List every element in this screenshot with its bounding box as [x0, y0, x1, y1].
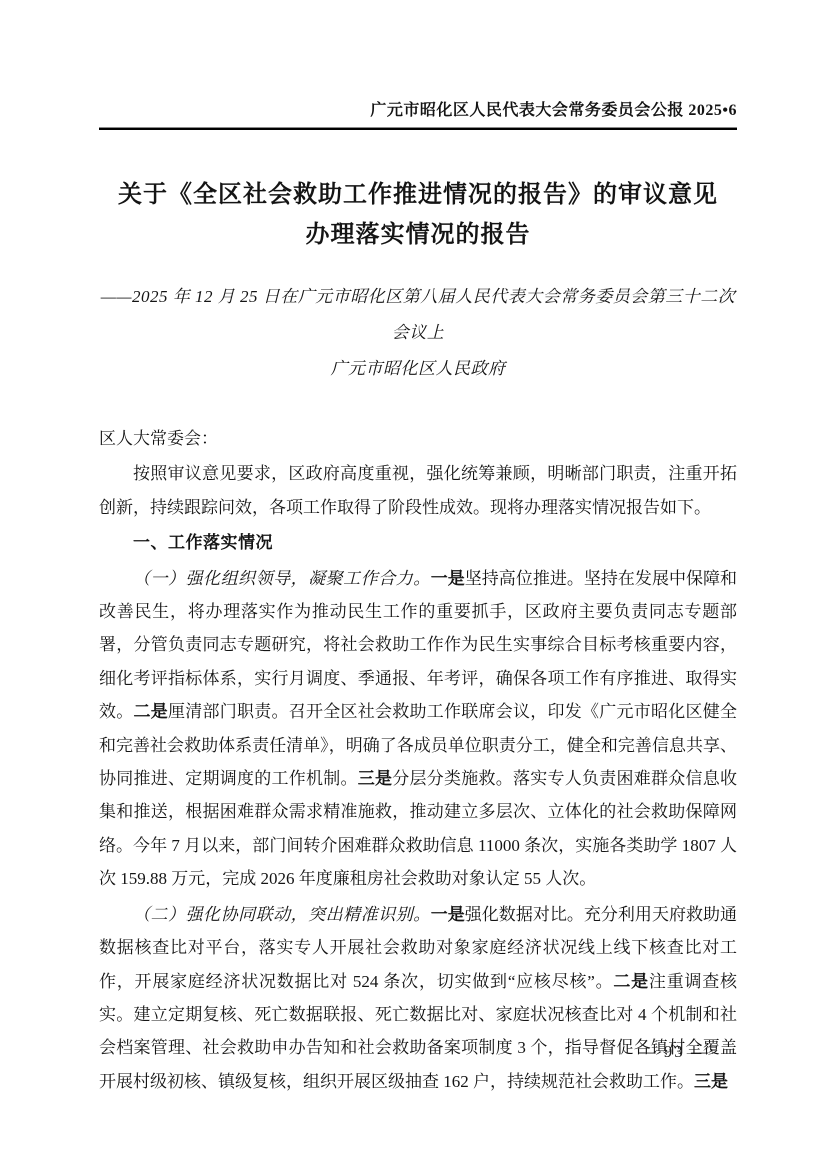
page-number: — 93 —: [639, 1042, 711, 1062]
paragraph: 一、工作落实情况: [99, 526, 737, 559]
header-rule: [99, 127, 737, 130]
text-segment-bold: 三是: [694, 1072, 728, 1091]
text-segment-normal: 坚持高位推进。坚持在发展中保障和改善民生，将办理落实作为推动民生工作的重要抓手，…: [99, 569, 737, 722]
document-subtitle: ——2025 年 12 月 25 日在广元市昭化区第八届人民代表大会常务委员会第…: [99, 279, 737, 387]
paragraphs-container: 按照审议意见要求，区政府高度重视，强化统筹兼顾，明晰部门职责，注重开拓创新，持续…: [99, 457, 737, 1098]
paragraph: （二）强化协同联动，突出精准识别。一是强化数据对比。充分利用天府救助通数据核查比…: [99, 898, 737, 1098]
text-segment-normal: 按照审议意见要求，区政府高度重视，强化统筹兼顾，明晰部门职责，注重开拓创新，持续…: [99, 464, 737, 516]
text-segment-kaiti: （一）强化组织领导，凝聚工作合力。: [133, 569, 431, 588]
title-line-2: 办理落实情况的报告: [99, 215, 737, 255]
text-segment-kaiti: （二）强化协同联动，突出精准识别。: [133, 905, 431, 924]
text-segment-bold: 二是: [613, 972, 649, 991]
subtitle-meeting-line: ——2025 年 12 月 25 日在广元市昭化区第八届人民代表大会常务委员会第…: [99, 279, 737, 351]
text-segment-bold: 二是: [134, 702, 169, 721]
title-line-1: 关于《全区社会救助工作推进情况的报告》的审议意见: [99, 175, 737, 215]
text-segment-bold: 一是: [431, 569, 465, 588]
subtitle-author-line: 广元市昭化区人民政府: [99, 351, 737, 387]
document-page: 广元市昭化区人民代表大会常务委员会公报 2025•6 关于《全区社会救助工作推进…: [0, 0, 827, 1170]
document-body: 区人大常委会： 按照审议意见要求，区政府高度重视，强化统筹兼顾，明晰部门职责，注…: [99, 422, 737, 1098]
salutation: 区人大常委会：: [99, 422, 737, 455]
page-content: 广元市昭化区人民代表大会常务委员会公报 2025•6 关于《全区社会救助工作推进…: [99, 0, 737, 1098]
text-segment-heading: 一、工作落实情况: [133, 533, 273, 552]
text-segment-bold: 一是: [431, 905, 465, 924]
bulletin-header: 广元市昭化区人民代表大会常务委员会公报 2025•6: [99, 0, 737, 122]
paragraph: 按照审议意见要求，区政府高度重视，强化统筹兼顾，明晰部门职责，注重开拓创新，持续…: [99, 457, 737, 524]
document-title: 关于《全区社会救助工作推进情况的报告》的审议意见 办理落实情况的报告: [99, 175, 737, 255]
text-segment-bold: 三是: [358, 769, 393, 788]
paragraph: （一）强化组织领导，凝聚工作合力。一是坚持高位推进。坚持在发展中保障和改善民生，…: [99, 562, 737, 896]
